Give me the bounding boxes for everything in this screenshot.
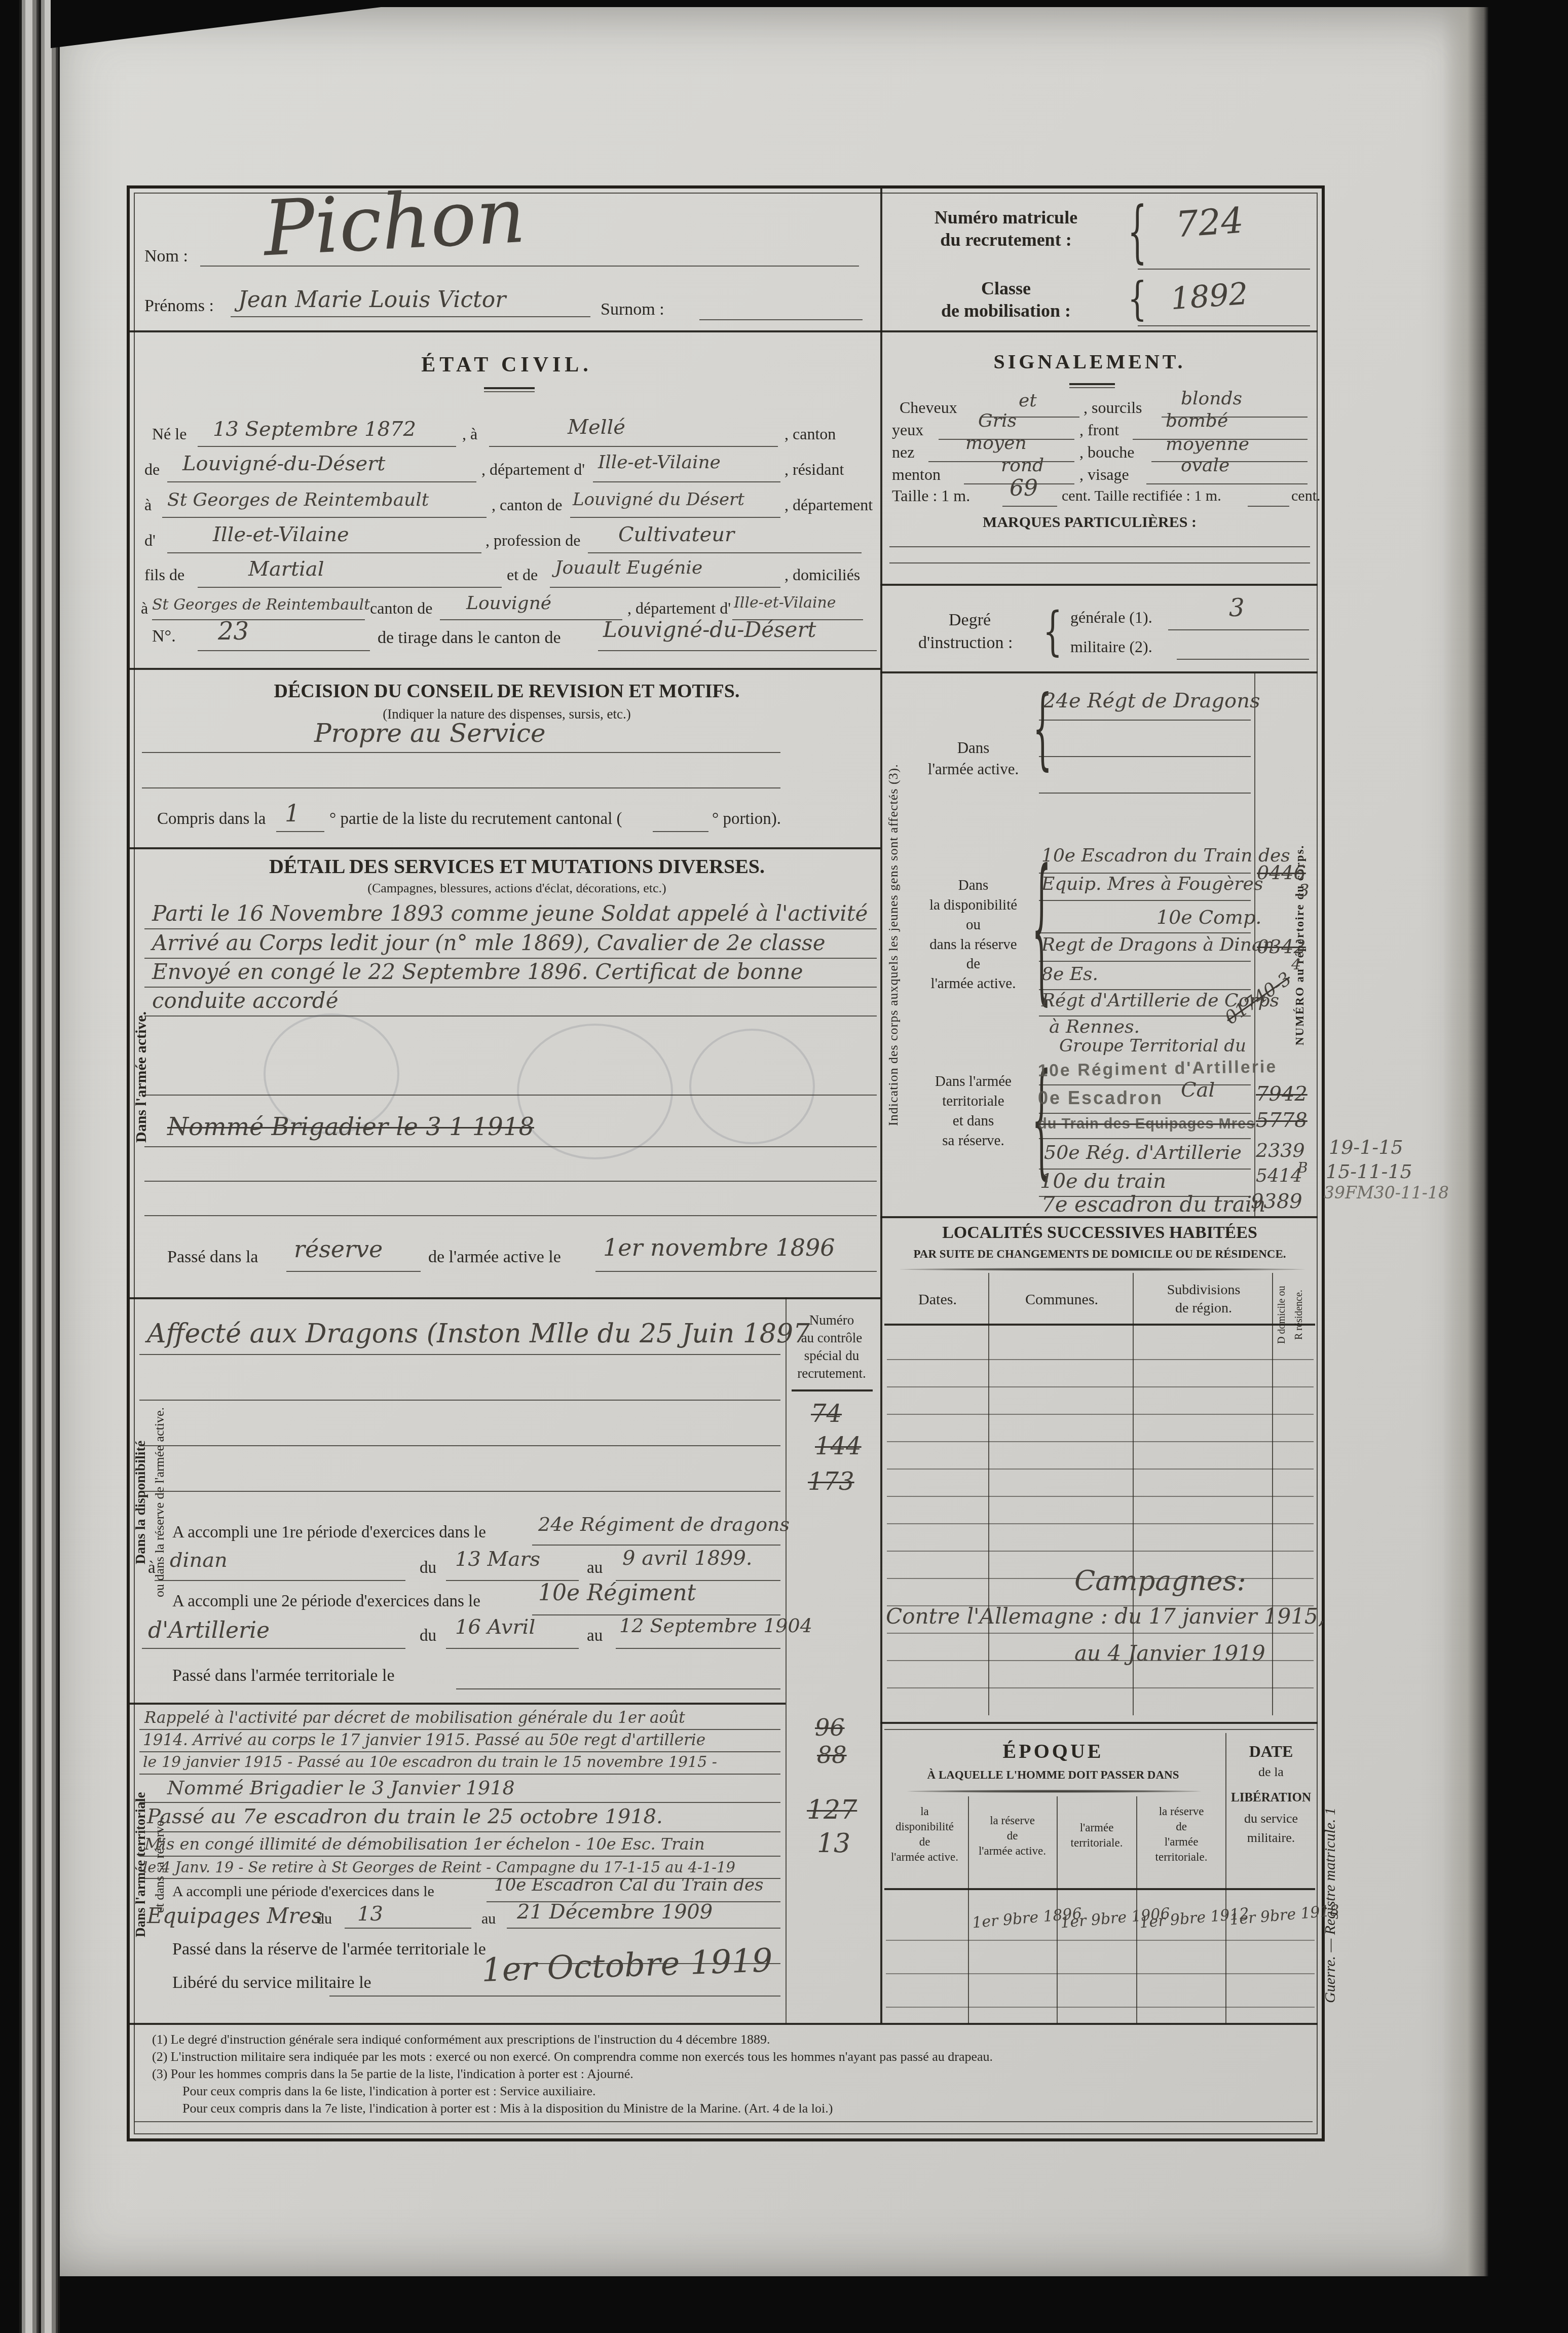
rule-line (1039, 932, 1251, 933)
passe-reserve-label: Passé dans la (167, 1248, 258, 1267)
rule-line (889, 562, 1310, 563)
degre-label: d'instruction : (918, 633, 1013, 653)
tirage-canton-value: Louvigné-du-Désert (603, 617, 816, 642)
section-subtitle: À LAQUELLE L'HOMME DOIT PASSER DANS (901, 1768, 1205, 1782)
rule-line (129, 668, 880, 670)
brace-glyph: { (1128, 199, 1147, 266)
rule-line (1138, 269, 1310, 270)
rule-line (139, 1774, 780, 1775)
rule-line (1138, 325, 1310, 326)
rule-line (1039, 720, 1251, 721)
service-entry-handwriting: conduite accordé (152, 988, 339, 1013)
territorial-entry: Rappelé à l'activité par décret de mobil… (144, 1709, 685, 1727)
stamp-train-equipages-struck: du Train des Equipages Mres (1038, 1116, 1255, 1133)
matricule-value-handwriting: 724 (1174, 199, 1245, 245)
section-title: ÉPOQUE (901, 1739, 1205, 1763)
repertoire-number-struck: 7942 (1256, 1082, 1308, 1106)
periode-value: 16 Avril (455, 1615, 535, 1639)
rule-line (129, 1703, 786, 1705)
corps-value-handwriting: 24e Régt de Dragons (1043, 689, 1260, 712)
service-entry-handwriting: Parti le 16 Novembre 1893 comme jeune So… (152, 901, 868, 926)
rule-line (1039, 756, 1251, 757)
field-label: menton (892, 465, 941, 484)
controle-number-struck: 144 (815, 1432, 862, 1460)
field-label: nez (892, 443, 914, 462)
rule-line (1039, 793, 1251, 794)
divider-line (786, 1297, 787, 2024)
rule-line (598, 650, 877, 651)
rule-line (880, 1722, 1318, 1724)
periode-label: du (420, 1559, 436, 1577)
column-header-dates: Dates. (889, 1291, 986, 1308)
compris-label: ° portion). (712, 810, 781, 829)
periode-value: d'Artillerie (148, 1617, 270, 1643)
rule-line (139, 1445, 780, 1446)
field-label: Cheveux (900, 398, 957, 417)
rule-line (456, 1688, 780, 1689)
rule-line (653, 831, 708, 832)
passe-reserve-territoriale-label: Passé dans la réserve de l'armée territo… (172, 1940, 486, 1959)
periode-value: 10e Régiment (538, 1580, 696, 1606)
corps-value-handwriting: 8e Es. (1041, 964, 1098, 985)
corps-value-handwriting: à Rennes. (1049, 1017, 1140, 1037)
column-header-reserve-territoriale: la réserve de l'armée territoriale. (1139, 1804, 1223, 1865)
degre-label: Degré (949, 611, 991, 630)
rule-line (880, 1216, 1318, 1218)
footnote: (2) L'instruction militaire sera indiqué… (152, 2049, 993, 2064)
ornament-line (907, 1790, 1201, 1793)
field-value-handwriting: ovale (1181, 455, 1229, 476)
periode-value: 24e Régiment de dragons (538, 1513, 790, 1535)
field-value-handwriting: Martial (248, 557, 324, 581)
rule-line (198, 587, 502, 588)
corps-value-handwriting: 50e Rég. d'Artillerie (1044, 1141, 1242, 1163)
field-label: , canton (785, 425, 836, 443)
rule-line (144, 1146, 877, 1147)
service-entry-handwriting: Arrivé au Corps ledit jour (n° mle 1869)… (152, 930, 826, 955)
section-title: LOCALITÉS SUCCESSIVES HABITÉES (892, 1223, 1308, 1243)
side-label-indication-corps: Indication des corps auxquels les jeunes… (886, 682, 906, 1209)
field-label: , département (785, 496, 873, 514)
field-value-handwriting: Jouault Eugénie (555, 557, 702, 578)
book-spine-edge (19, 0, 60, 2333)
footnote: Pour ceux compris dans la 7e liste, l'in… (182, 2101, 833, 2116)
corps-value-handwriting: 10e Comp. (1156, 906, 1261, 928)
rule-line (616, 1648, 780, 1649)
repertoire-number: 5414 (1256, 1165, 1302, 1186)
rule-line (167, 481, 476, 482)
footnote: (1) Le degré d'instruction générale sera… (152, 2032, 770, 2047)
rule-line (129, 847, 880, 849)
matricule-label: Numéro matricule (897, 207, 1115, 228)
rule-line (889, 546, 1310, 547)
section-subtitle: (Campagnes, blessures, actions d'éclat, … (188, 881, 846, 896)
column-header-communes: Communes. (993, 1291, 1130, 1308)
field-value-handwriting: et (1019, 390, 1037, 411)
rule-line (139, 1856, 780, 1857)
periode-territoriale-value: 21 Décembre 1909 (517, 1900, 713, 1924)
campagnes-title-handwriting: Campagnes: (1074, 1565, 1246, 1597)
rule-line (489, 446, 778, 447)
repertoire-number: 3 (1298, 881, 1310, 901)
prenoms-label: Prénoms : (144, 296, 214, 316)
numero-tirage-value: 23 (218, 617, 249, 646)
rule-line (1039, 1138, 1251, 1139)
rule-line (139, 1802, 780, 1803)
rule-line (144, 1215, 877, 1216)
section-title: SIGNALEMENT. (912, 350, 1267, 373)
rule-line (276, 831, 324, 832)
rule-line (446, 1648, 579, 1649)
classe-value-handwriting: 1892 (1170, 276, 1249, 317)
rule-line (440, 619, 622, 620)
rule-line (144, 987, 877, 988)
field-label: , département d' (627, 599, 731, 618)
territorial-entry: le 19 janvier 1915 - Passé au 10e escadr… (143, 1753, 717, 1771)
column-header-domicile: D domicile ou (1276, 1274, 1293, 1356)
repertoire-number: 2339 (1256, 1139, 1305, 1161)
field-value-handwriting: Cultivateur (618, 523, 734, 546)
rule-line (144, 1095, 877, 1096)
rule-line (588, 552, 862, 553)
margin-imprint-vertical: Guerre. — Registre matricule. 1 (1322, 1687, 1342, 2123)
periode-value: 13 Mars (455, 1548, 540, 1571)
periode-label: A accompli une 2e période d'exercices da… (172, 1592, 480, 1611)
rule-line (198, 446, 456, 447)
column-header-reserve-active: la réserve de l'armée active. (970, 1813, 1054, 1859)
column-header-date-liberation: du service (1227, 1811, 1315, 1826)
controle-number: 13 (817, 1828, 850, 1859)
rule-line (1002, 506, 1057, 507)
rule-line (1069, 387, 1115, 388)
periode-label: A accompli une 1re période d'exercices d… (172, 1523, 486, 1542)
rule-line (884, 1729, 1314, 1730)
rule-line (1039, 1113, 1251, 1114)
marques-label: MARQUES PARTICULIÈRES : (938, 514, 1242, 531)
controle-number-struck: 127 (807, 1795, 857, 1825)
rule-line (532, 1545, 780, 1546)
footnote: (3) Pour les hommes compris dans la 5e p… (152, 2066, 633, 2082)
page-right-edge (1442, 7, 1488, 2276)
repertoire-number-struck: 0342 (1257, 935, 1306, 958)
section-title: ÉTAT CIVIL. (304, 353, 710, 377)
field-value-handwriting: blonds (1181, 388, 1242, 409)
corps-value-handwriting: Equip. Mres à Fougères (1041, 874, 1263, 894)
rule-line (880, 671, 1318, 673)
corps-value-handwriting: Cal (1181, 1078, 1215, 1102)
field-label: , à (462, 425, 477, 443)
column-header-date-liberation: LIBÉRATION (1227, 1791, 1315, 1805)
field-label: , sourcils (1084, 398, 1142, 417)
rule-line (155, 1580, 405, 1581)
periode-territoriale-label: du (317, 1910, 332, 1928)
field-label: , résidant (785, 460, 844, 479)
field-label: d' (144, 531, 156, 550)
round-stamp-ghost (517, 1024, 673, 1159)
rule-line (129, 1297, 880, 1299)
field-label: Taille : 1 m. (892, 486, 970, 505)
rule-line (142, 787, 780, 788)
margin-date: 15-11-15 (1326, 1160, 1412, 1183)
rule-line (139, 1831, 780, 1832)
periode-value: dinan (170, 1549, 228, 1572)
corps-row-label: Dans l'armée territoriale et dans sa rés… (911, 1072, 1035, 1150)
numero-controle-header: Numéro au contrôle spécial du recrutemen… (789, 1311, 875, 1382)
column-header-territoriale: l'armée territoriale. (1059, 1820, 1134, 1851)
field-value-handwriting: 13 Septembre 1872 (213, 418, 416, 441)
affectation-handwriting: Affecté aux Dragons (Inston Mlle du 25 J… (147, 1319, 810, 1349)
service-entry-struck: Nommé Brigadier le 3 1 1918 (167, 1113, 534, 1141)
territorial-entry: le 4 Janv. 19 - Se retire à St Georges d… (143, 1859, 735, 1876)
territorial-entry: Nommé Brigadier le 3 Janvier 1918 (167, 1777, 515, 1799)
classe-label: Classe (897, 278, 1115, 299)
rule-line (507, 1928, 780, 1929)
numero-tirage-label: N°. (152, 627, 176, 646)
field-value-handwriting: bombé (1166, 410, 1228, 431)
rule-line (139, 1729, 780, 1730)
corps-value-handwriting: 10e du train (1040, 1170, 1166, 1193)
rule-line (144, 1181, 877, 1182)
field-label: , front (1079, 421, 1119, 439)
rule-line (139, 1400, 780, 1401)
margin-date: 39FM30-11-18 (1324, 1183, 1449, 1202)
field-label: , visage (1079, 465, 1129, 484)
corps-value-handwriting: 7e escadron du train (1041, 1192, 1265, 1217)
section-subtitle: PAR SUITE DE CHANGEMENTS DE DOMICILE OU … (892, 1248, 1308, 1261)
field-label: Né le (152, 425, 186, 443)
rule-line (139, 1354, 780, 1355)
instruction-militaire-label: militaire (2). (1070, 637, 1152, 656)
divider-line (880, 189, 882, 2024)
matricule-label: du recrutement : (897, 229, 1115, 250)
field-value-handwriting: Louvigné du Désert (573, 490, 744, 510)
rule-line (880, 584, 1318, 586)
periode-label: à (148, 1559, 156, 1577)
rule-line (129, 2023, 1318, 2025)
rule-line (231, 316, 590, 317)
rule-line (152, 619, 365, 620)
field-value-handwriting: Ille-et-Vilaine (598, 452, 721, 473)
nom-value-handwriting: Pichon (262, 172, 528, 274)
field-value-handwriting: Gris (978, 410, 1017, 431)
field-value-handwriting: Louvigné-du-Désert (182, 452, 385, 475)
controle-number-struck: 96 (815, 1714, 845, 1741)
field-label: yeux (892, 421, 923, 439)
rule-line (1177, 659, 1309, 660)
rule-line (593, 481, 780, 482)
empty-table-rows (886, 1940, 1315, 2016)
passe-reserve-label: de l'armée active le (428, 1248, 561, 1267)
stamp-escadron: 0e Escadron (1038, 1087, 1163, 1109)
periode-value: 12 Septembre 1904 (619, 1614, 812, 1637)
column-header-residence: R résidence. (1293, 1274, 1311, 1356)
field-value-handwriting: rond (1001, 455, 1044, 476)
field-label: et de (507, 566, 538, 584)
classe-label: de mobilisation : (897, 300, 1115, 321)
field-value-handwriting: Mellé (568, 416, 625, 439)
corps-value-handwriting: 10e Escadron du Train des (1041, 845, 1290, 866)
rule-line (884, 1324, 1315, 1326)
corps-value-handwriting: Groupe Territorial du (1059, 1036, 1246, 1056)
passe-reserve-value: réserve (294, 1235, 383, 1263)
rule-line (1039, 1084, 1251, 1085)
rule-line (699, 319, 863, 320)
campagnes-entry-handwriting: au 4 Janvier 1919 (1074, 1641, 1265, 1666)
field-value-handwriting: moyen (965, 433, 1027, 454)
stamp-10e-regiment-artillerie: 10e Régiment d'Artillerie (1038, 1057, 1278, 1081)
field-value-handwriting: Louvigné (466, 593, 551, 614)
rule-line (144, 958, 877, 959)
margin-date: 19-1-15 (1329, 1136, 1403, 1158)
rule-line (1039, 961, 1251, 962)
territorial-entry: 1914. Arrivé au corps le 17 janvier 1915… (143, 1731, 705, 1749)
rule-line (345, 1928, 471, 1929)
repertoire-number: 4 (1291, 956, 1301, 973)
round-stamp-ghost (689, 1029, 815, 1144)
periode-territoriale-label: au (481, 1910, 496, 1928)
field-label: à (141, 599, 148, 618)
libere-label: Libéré du service militaire le (172, 1973, 371, 1992)
rule-line (144, 928, 877, 929)
field-value-handwriting: St Georges de Reintembault (167, 490, 429, 510)
rule-line (1248, 506, 1289, 507)
periode-label: au (587, 1627, 603, 1645)
field-value-handwriting: Ille-et-Vilaine (734, 594, 836, 612)
compris-value-handwriting: 1 (285, 800, 300, 827)
field-value-handwriting: Ille-et-Vilaine (213, 523, 349, 546)
field-value-handwriting: moyenne (1166, 434, 1249, 455)
surnom-label: Surnom : (601, 300, 664, 319)
passe-territoriale-label: Passé dans l'armée territoriale le (172, 1666, 395, 1685)
periode-territoriale-value: 13 (357, 1902, 383, 1926)
compris-label: Compris dans la (157, 810, 266, 829)
rule-line (484, 391, 535, 392)
field-label: fils de (144, 566, 184, 584)
column-header-disponibilite: la disponibilité de l'armée active. (883, 1804, 966, 1865)
brace-glyph: { (1128, 276, 1147, 322)
rule-line (595, 1271, 877, 1272)
rule-line (144, 1015, 877, 1017)
rule-line (570, 517, 780, 518)
controle-number-struck: 88 (817, 1741, 847, 1768)
rule-line (1069, 383, 1115, 385)
field-label: , profession de (486, 531, 581, 550)
rule-line (198, 650, 370, 651)
rule-line (142, 752, 780, 753)
ornament-line (900, 1268, 1305, 1271)
decision-value-handwriting: Propre au Service (314, 719, 546, 748)
corps-row-label: Dans la disponibilité ou dans la réserve… (911, 876, 1035, 994)
territorial-entry: Mis en congé illimité de démobilisation … (144, 1834, 705, 1854)
footnote: Pour ceux compris dans la 6e liste, l'in… (182, 2084, 596, 2099)
field-label: , bouche (1079, 443, 1134, 462)
rule-line (329, 1996, 780, 1997)
field-label: , département d' (481, 460, 585, 479)
field-label: canton de (370, 599, 433, 618)
rule-line (167, 552, 481, 553)
rule-line (1168, 629, 1309, 630)
rule-line (286, 1271, 421, 1272)
column-header-date-liberation: de la (1227, 1764, 1315, 1780)
brace-glyph: { (1043, 606, 1062, 658)
rule-line (139, 1491, 780, 1492)
section-title: DÉCISION DU CONSEIL DE REVISION ET MOTIF… (203, 680, 811, 702)
territorial-entry: Passé au 7e escadron du train le 25 octo… (147, 1805, 663, 1828)
column-header-subdivisions: Subdivisions de région. (1138, 1281, 1270, 1318)
compris-label: ° partie de la liste du recrutement cant… (329, 810, 622, 829)
rule-line (550, 587, 780, 588)
side-label-armee-active: Dans l'armée active. (133, 861, 153, 1292)
column-header-date-liberation: militaire. (1227, 1830, 1315, 1846)
corps-row-label: Dans l'armée active. (916, 737, 1030, 780)
rule-line (129, 330, 1318, 332)
periode-territoriale-value: Equipages Mres (147, 1903, 322, 1928)
column-header-date-liberation: DATE (1227, 1742, 1315, 1761)
field-label: cent. Taille rectifiée : 1 m. (1062, 487, 1221, 505)
passe-reserve-date: 1er novembre 1896 (603, 1234, 835, 1261)
field-label: , canton de (492, 496, 563, 514)
section-title: DÉTAIL DES SERVICES ET MUTATIONS DIVERSE… (188, 854, 846, 878)
corps-value-handwriting: Regt de Dragons à Dinan (1041, 934, 1275, 955)
repertoire-number-struck: 5778 (1256, 1109, 1308, 1132)
prenoms-value-handwriting: Jean Marie Louis Victor (238, 287, 506, 313)
rule-line (134, 2121, 1313, 2122)
field-label: cent. (1291, 487, 1320, 505)
rule-line (1146, 483, 1308, 484)
rule-line (792, 1389, 873, 1391)
repertoire-number: 9389 (1251, 1190, 1302, 1213)
nom-label: Nom : (144, 247, 188, 266)
rule-line (1039, 900, 1251, 901)
service-entry-handwriting: Envoyé en congé le 22 Septembre 1896. Ce… (152, 959, 803, 984)
tirage-label: de tirage dans le canton de (378, 628, 561, 648)
instruction-generale-value: 3 (1229, 594, 1245, 622)
periode-value: 9 avril 1899. (622, 1547, 753, 1570)
periode-territoriale-value: 10e Escadron Cal du Train des (494, 1875, 764, 1895)
scanned-register-page: Nom : Pichon Prénoms : Jean Marie Louis … (0, 0, 1568, 2333)
rule-line (162, 517, 487, 518)
rule-line (142, 1648, 405, 1649)
periode-label: au (587, 1559, 603, 1577)
rule-line (139, 1751, 780, 1752)
field-value-handwriting: 69 (1010, 475, 1038, 501)
field-label: à (144, 496, 152, 514)
instruction-generale-label: générale (1). (1070, 608, 1152, 627)
periode-label: du (420, 1627, 436, 1645)
periode-territoriale-label: A accompli une période d'exercices dans … (172, 1883, 434, 1900)
campagnes-entry-handwriting: Contre l'Allemagne : du 17 janvier 1915, (886, 1604, 1325, 1629)
field-value-handwriting: St Georges de Reintembault (152, 596, 370, 614)
controle-number-struck: 74 (811, 1400, 842, 1428)
rule-line (484, 387, 535, 389)
field-label: de (144, 460, 160, 479)
rule-line (884, 1888, 1315, 1890)
field-label: , domiciliés (785, 566, 860, 584)
controle-number-struck: 173 (808, 1467, 854, 1496)
